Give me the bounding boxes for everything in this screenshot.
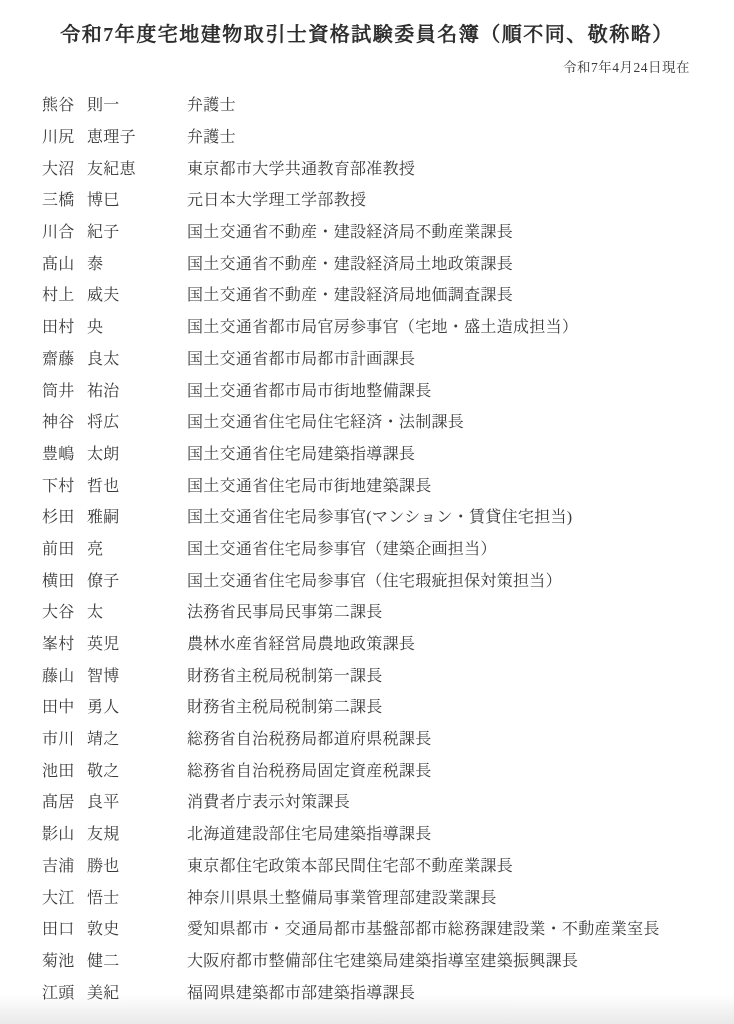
member-given-name: 健二 [87,948,187,971]
member-surname: 前田 [42,536,87,559]
member-row: 池田 敬之 総務省自治税務局固定資産税課長 [0,753,734,785]
member-given-name: 良平 [87,789,187,812]
member-row: 峯村 英児 農林水産省経営局農地政策課長 [0,627,734,659]
member-given-name: 良太 [87,346,187,369]
member-row: 市川 靖之 総務省自治税務局都道府県税課長 [0,722,734,754]
member-given-name: 太朗 [87,441,187,464]
member-given-name: 博巳 [87,187,187,210]
member-surname: 江頭 [42,980,87,1003]
member-surname: 藤山 [42,663,87,686]
member-affiliation: 総務省自治税務局都道府県税課長 [187,726,714,749]
member-surname: 横田 [42,568,87,591]
member-surname: 熊谷 [42,92,87,115]
member-affiliation: 大阪府都市整備部住宅建築局建築指導室建築振興課長 [187,948,714,971]
member-affiliation: 国土交通省都市局官房参事官（宅地・盛土造成担当） [187,314,714,337]
member-surname: 市川 [42,726,87,749]
member-affiliation: 国土交通省不動産・建設経済局不動産業課長 [187,219,714,242]
member-affiliation: 東京都市大学共通教育部准教授 [187,156,714,179]
member-surname: 川合 [42,219,87,242]
member-affiliation: 弁護士 [187,124,714,147]
member-given-name: 敬之 [87,758,187,781]
member-given-name: 紀子 [87,219,187,242]
page-title: 令和7年度宅地建物取引士資格試験委員名簿（順不同、敬称略） [0,0,734,47]
member-surname: 大沼 [42,156,87,179]
member-given-name: 英児 [87,631,187,654]
member-row: 前田 亮 国土交通省住宅局参事官（建築企画担当） [0,532,734,564]
member-surname: 豊嶋 [42,441,87,464]
member-given-name: 将広 [87,409,187,432]
member-row: 藤山 智博 財務省主税局税制第一課長 [0,658,734,690]
member-affiliation: 国土交通省住宅局市街地建築課長 [187,473,714,496]
member-affiliation: 国土交通省都市局都市計画課長 [187,346,714,369]
member-surname: 吉浦 [42,853,87,876]
member-given-name: 智博 [87,663,187,686]
member-row: 大沼 友紀恵 東京都市大学共通教育部准教授 [0,151,734,183]
member-row: 熊谷 則一 弁護士 [0,88,734,120]
document-page: 令和7年度宅地建物取引士資格試験委員名簿（順不同、敬称略） 令和7年4月24日現… [0,0,734,1024]
member-given-name: 僚子 [87,568,187,591]
member-surname: 池田 [42,758,87,781]
member-surname: 髙山 [42,251,87,274]
member-row: 田口 敦史 愛知県都市・交通局都市基盤部都市総務課建設業・不動産業室長 [0,912,734,944]
member-given-name: 友紀恵 [87,156,187,179]
member-row: 村上 威夫 国土交通省不動産・建設経済局地価調査課長 [0,278,734,310]
member-affiliation: 財務省主税局税制第一課長 [187,663,714,686]
member-affiliation: 財務省主税局税制第二課長 [187,694,714,717]
member-row: 下村 哲也 国土交通省住宅局市街地建築課長 [0,468,734,500]
member-affiliation: 国土交通省不動産・建設経済局地価調査課長 [187,282,714,305]
member-row: 杉田 雅嗣 国土交通省住宅局参事官(マンション・賃貸住宅担当) [0,500,734,532]
member-affiliation: 国土交通省都市局市街地整備課長 [187,378,714,401]
member-affiliation: 国土交通省住宅局建築指導課長 [187,441,714,464]
member-surname: 川尻 [42,124,87,147]
member-surname: 齋藤 [42,346,87,369]
member-surname: 三橋 [42,187,87,210]
member-affiliation: 弁護士 [187,92,714,115]
member-surname: 杉田 [42,504,87,527]
member-given-name: 美紀 [87,980,187,1003]
member-row: 影山 友規 北海道建設部住宅局建築指導課長 [0,817,734,849]
member-surname: 村上 [42,282,87,305]
member-row: 三橋 博巳 元日本大学理工学部教授 [0,183,734,215]
member-given-name: 祐治 [87,378,187,401]
member-surname: 影山 [42,821,87,844]
member-surname: 筒井 [42,378,87,401]
member-row: 大谷 太 法務省民事局民事第二課長 [0,595,734,627]
member-affiliation: 元日本大学理工学部教授 [187,187,714,210]
member-given-name: 悟士 [87,885,187,908]
as-of-date: 令和7年4月24日現在 [0,56,734,76]
member-given-name: 友規 [87,821,187,844]
member-affiliation: 福岡県建築都市部建築指導課長 [187,980,714,1003]
member-given-name: 太 [87,599,187,622]
member-surname: 田中 [42,694,87,717]
member-surname: 峯村 [42,631,87,654]
member-row: 髙山 泰 国土交通省不動産・建設経済局土地政策課長 [0,246,734,278]
member-row: 田中 勇人 財務省主税局税制第二課長 [0,690,734,722]
member-given-name: 央 [87,314,187,337]
member-given-name: 泰 [87,251,187,274]
member-given-name: 哲也 [87,473,187,496]
member-affiliation: 総務省自治税務局固定資産税課長 [187,758,714,781]
member-row: 菊池 健二 大阪府都市整備部住宅建築局建築指導室建築振興課長 [0,944,734,976]
member-row: 豊嶋 太朗 国土交通省住宅局建築指導課長 [0,437,734,469]
member-affiliation: 国土交通省不動産・建設経済局土地政策課長 [187,251,714,274]
member-affiliation: 北海道建設部住宅局建築指導課長 [187,821,714,844]
member-given-name: 勇人 [87,694,187,717]
member-affiliation: 消費者庁表示対策課長 [187,789,714,812]
member-row: 横田 僚子 国土交通省住宅局参事官（住宅瑕疵担保対策担当） [0,563,734,595]
member-given-name: 靖之 [87,726,187,749]
member-given-name: 亮 [87,536,187,559]
member-affiliation: 農林水産省経営局農地政策課長 [187,631,714,654]
member-row: 髙居 良平 消費者庁表示対策課長 [0,785,734,817]
member-row: 筒井 祐治 国土交通省都市局市街地整備課長 [0,373,734,405]
member-affiliation: 愛知県都市・交通局都市基盤部都市総務課建設業・不動産業室長 [187,916,714,939]
member-affiliation: 国土交通省住宅局参事官（建築企画担当） [187,536,714,559]
member-row: 大江 悟士 神奈川県県土整備局事業管理部建設業課長 [0,880,734,912]
member-given-name: 威夫 [87,282,187,305]
member-given-name: 敦史 [87,916,187,939]
member-row: 田村 央 国土交通省都市局官房参事官（宅地・盛土造成担当） [0,310,734,342]
member-row: 吉浦 勝也 東京都住宅政策本部民間住宅部不動産業課長 [0,849,734,881]
member-given-name: 勝也 [87,853,187,876]
member-surname: 大江 [42,885,87,908]
member-row: 川尻 恵理子 弁護士 [0,120,734,152]
member-affiliation: 神奈川県県土整備局事業管理部建設業課長 [187,885,714,908]
member-affiliation: 東京都住宅政策本部民間住宅部不動産業課長 [187,853,714,876]
member-surname: 神谷 [42,409,87,432]
member-surname: 田村 [42,314,87,337]
member-surname: 下村 [42,473,87,496]
member-list: 熊谷 則一 弁護士 川尻 恵理子 弁護士 大沼 友紀恵 東京都市大学共通教育部准… [0,88,734,1007]
member-surname: 髙居 [42,789,87,812]
member-surname: 田口 [42,916,87,939]
member-row: 川合 紀子 国土交通省不動産・建設経済局不動産業課長 [0,215,734,247]
member-row: 江頭 美紀 福岡県建築都市部建築指導課長 [0,975,734,1007]
member-surname: 大谷 [42,599,87,622]
member-affiliation: 法務省民事局民事第二課長 [187,599,714,622]
member-row: 齋藤 良太 国土交通省都市局都市計画課長 [0,342,734,374]
member-given-name: 則一 [87,92,187,115]
member-affiliation: 国土交通省住宅局参事官(マンション・賃貸住宅担当) [187,504,714,527]
member-row: 神谷 将広 国土交通省住宅局住宅経済・法制課長 [0,405,734,437]
member-affiliation: 国土交通省住宅局住宅経済・法制課長 [187,409,714,432]
member-given-name: 雅嗣 [87,504,187,527]
member-surname: 菊池 [42,948,87,971]
member-affiliation: 国土交通省住宅局参事官（住宅瑕疵担保対策担当） [187,568,714,591]
member-given-name: 恵理子 [87,124,187,147]
